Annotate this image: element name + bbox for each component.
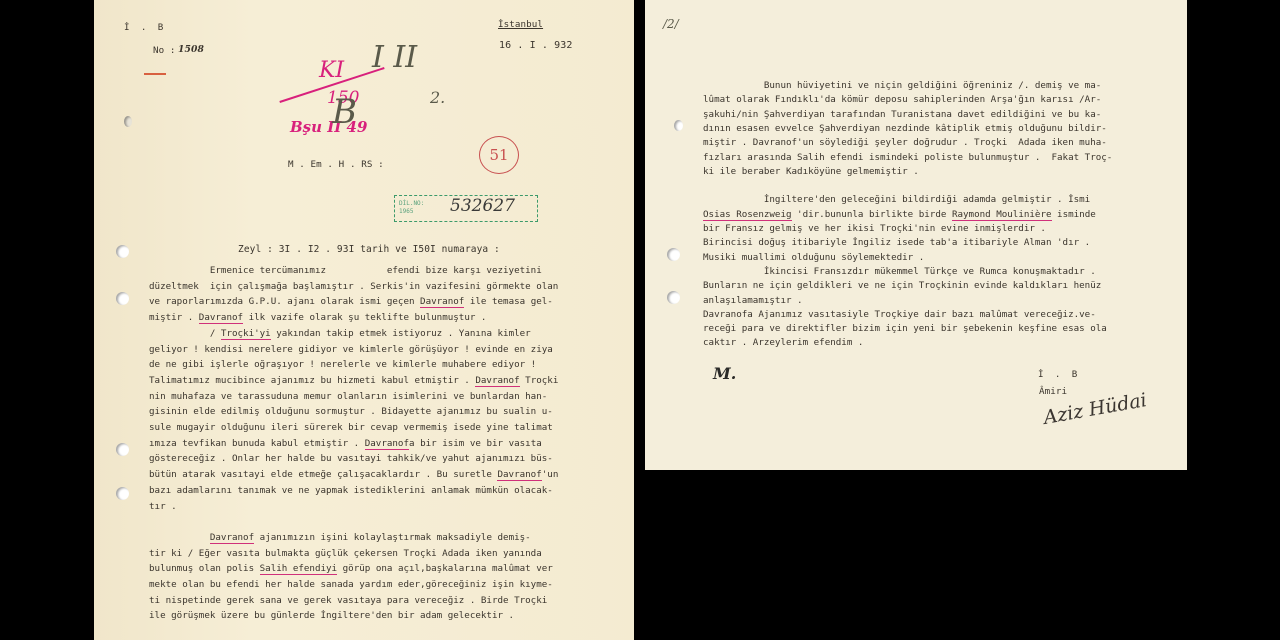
body-line: miştir . Davranof ilk vazife olarak şu t…	[149, 312, 486, 323]
pencil-roman: I II	[372, 40, 417, 75]
stamp-label: DİL.NO:	[399, 200, 424, 207]
body-line: ımıza tevfikan bunuda kabul etmiştir . D…	[149, 438, 542, 449]
stamp-number: 532627	[450, 196, 515, 216]
body-line: / Troçki'yi yakından takip etmek istiyor…	[149, 328, 531, 339]
underlined-name: Salih efendiyi	[260, 563, 337, 575]
addressee: M . Em . H . RS :	[288, 160, 384, 169]
punch-hole	[667, 291, 680, 304]
city: İstanbul	[498, 20, 543, 29]
initial-mark: M.	[713, 364, 736, 383]
doc-number-value: 1508	[178, 45, 204, 54]
body-line: ile görüşmek üzere bu günlerde İngiltere…	[149, 610, 514, 621]
body-line: İkincisi Fransızdır mükemmel Türkçe ve R…	[703, 266, 1096, 277]
document-page-left: İ . B No : 1508 İstanbul 16 . I . 932 KI…	[94, 0, 634, 640]
body-line: Bunların ne için geldikleri ve ne için T…	[703, 280, 1101, 291]
underlined-name: Davranof	[420, 296, 464, 308]
body-line: bulunmuş olan polis Salih efendiyi görüp…	[149, 563, 553, 574]
body-line: ti nispetinde gerek sana ve gerek vasıta…	[149, 595, 547, 606]
body-line: geliyor ! kendisi nerelere gidiyor ve ki…	[149, 344, 553, 355]
signature-org: İ . B	[1038, 370, 1077, 379]
header-org: İ . B	[124, 23, 163, 32]
document-page-right: /2/ Bunun hüviyetini ve niçin geldiğini …	[645, 0, 1187, 470]
body-line: Ermenice tercümanımız efendi bize karşı …	[149, 265, 542, 276]
pencil-letter: B	[332, 92, 357, 132]
punch-hole	[116, 443, 129, 456]
underlined-name: Raymond Moulinière	[952, 209, 1052, 221]
body-line: tir ki / Eğer vasıta bulmakta güçlük çek…	[149, 548, 542, 559]
punch-hole	[116, 245, 129, 258]
body-line: receği para ve direktifler bizim için ye…	[703, 323, 1107, 334]
body-line: İngiltere'den geleceğini bildirdiği adam…	[703, 194, 1090, 205]
underlined-name: Troçki'yi	[221, 328, 271, 340]
body-line: dının esasen evvelce Şahverdiyan nezdind…	[703, 123, 1107, 134]
body-line: şakuhi/nin Şahverdiyan tarafından Turani…	[703, 109, 1101, 120]
underlined-name: Davranof	[497, 469, 541, 481]
magenta-code-top: KI	[319, 58, 344, 83]
body-line: mekte olan bu efendi her halde sanada ya…	[149, 579, 553, 590]
punch-hole	[116, 487, 129, 500]
body-line: göstereceğiz . Onlar her halde bu vasıta…	[149, 453, 553, 464]
body-line: nin muhafaza ve tarassuduna memur olanla…	[149, 391, 547, 402]
body-line: fızları arasında Salih efendi ismindeki …	[703, 152, 1112, 163]
stamp-sub-label: 1965	[399, 208, 413, 215]
body-line: düzeltmek için çalışmağa başlamıştır . S…	[149, 281, 558, 292]
body-line: Musiki muallimi olduğunu söylemektedir .	[703, 252, 924, 263]
pencil-mark: 2.	[430, 88, 445, 107]
body-line: Osias Rosenzweig 'dir.bununla birlikte b…	[703, 209, 1096, 220]
body-line: Davranof ajanımızın işini kolaylaştırmak…	[149, 532, 531, 543]
signature-title: Âmiri	[1039, 387, 1067, 396]
body-line: bazı adamlarını tanımak ve ne yapmak ist…	[149, 485, 553, 496]
doc-number-label: No :	[153, 46, 176, 55]
body-line: Talimatımız mucibince ajanımız bu hizmet…	[149, 375, 558, 386]
body-line: tır .	[149, 501, 177, 512]
body-line: sule mugayir olduğunu ileri sürerek bir …	[149, 422, 553, 433]
body-line: Davranofa Ajanımız vasıtasiyle Troçkiye …	[703, 309, 1096, 320]
underlined-name: Davranof	[475, 375, 519, 387]
punch-hole	[667, 248, 680, 261]
punch-hole	[124, 116, 132, 127]
body-line: Bunun hüviyetini ve niçin geldiğini öğre…	[703, 80, 1101, 91]
body-line: anlaşılamamıştır .	[703, 295, 803, 306]
body-line: lûmat olarak Fındıklı'da kömür deposu sa…	[703, 94, 1101, 105]
body-line: de ne gibi işlerle oğraşıyor ! nerelerle…	[149, 359, 536, 370]
body-line: caktır . Arzeylerim efendim .	[703, 337, 863, 348]
underlined-name: Davranof	[210, 532, 254, 544]
punch-hole	[674, 120, 683, 131]
underlined-name: Osias Rosenzweig	[703, 209, 792, 221]
circled-number: 51	[479, 136, 519, 174]
body-line: ve raporlarımızda G.P.U. ajanı olarak is…	[149, 296, 553, 307]
body-line: miştir . Davranof'un söylediği şeyler do…	[703, 137, 1107, 148]
underlined-name: Davranof	[199, 312, 243, 324]
underlined-name: Davranof	[365, 438, 409, 450]
page-number: /2/	[663, 17, 679, 31]
body-line: ki ile beraber Kadıköyüne gelmemiştir .	[703, 166, 919, 177]
body-line: gisinin elde edilmiş olduğunu sormuştur …	[149, 406, 553, 417]
body-line: bütün atarak vasıtayi elde etmeğe çalışa…	[149, 469, 558, 480]
red-dash-mark	[144, 73, 166, 75]
subject-line: Zeyl : 3I . I2 . 93I tarih ve I50I numar…	[238, 245, 500, 255]
body-line: Birincisi doğuş itibariyle İngiliz isede…	[703, 237, 1090, 248]
body-line: bir Fransız gelmiş ve her ikisi Troçki'n…	[703, 223, 1046, 234]
punch-hole	[116, 292, 129, 305]
date: 16 . I . 932	[499, 41, 572, 51]
